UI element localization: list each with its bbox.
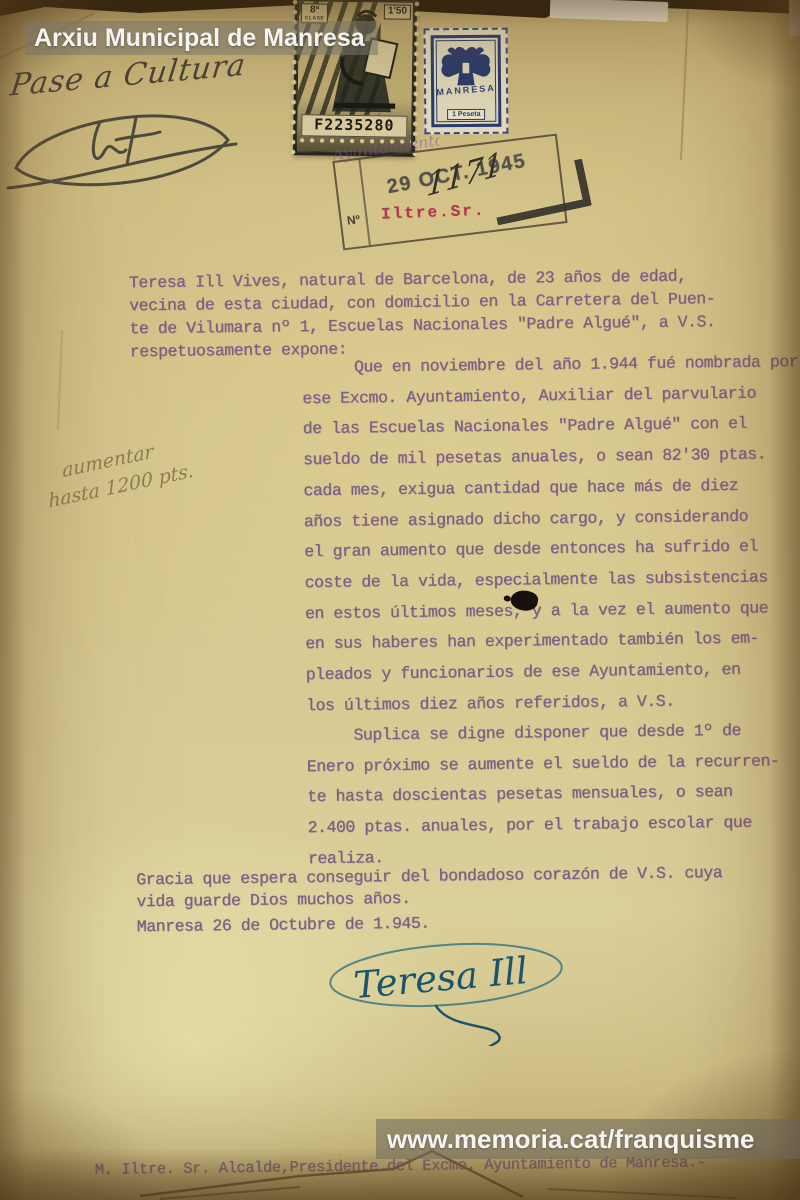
salutation-line: Iltre.Sr. — [381, 202, 486, 224]
suplica-paragraph: Suplica se digne disponer que desde 1º d… — [306, 715, 780, 874]
typed-line: pleados y funcionarios de ese Ayuntamien… — [305, 654, 800, 691]
body-paragraph: Que en noviembre del año 1.944 fué nombr… — [302, 347, 800, 721]
document-photo: 8ª CLASE 1'50 F2235280 MANRESA 1 Peseta … — [0, 0, 800, 1200]
signature-block: Teresa Ill — [318, 928, 580, 1046]
archive-watermark-top: Arxiu Municipal de Manresa — [25, 21, 378, 55]
closing-paragraph: Gracia que espera conseguir del bondados… — [136, 862, 722, 912]
typed-line: 2.400 ptas. anuales, por el trabajo esco… — [307, 807, 780, 843]
archive-watermark-bottom: www.memoria.cat/franquisme — [376, 1119, 800, 1159]
